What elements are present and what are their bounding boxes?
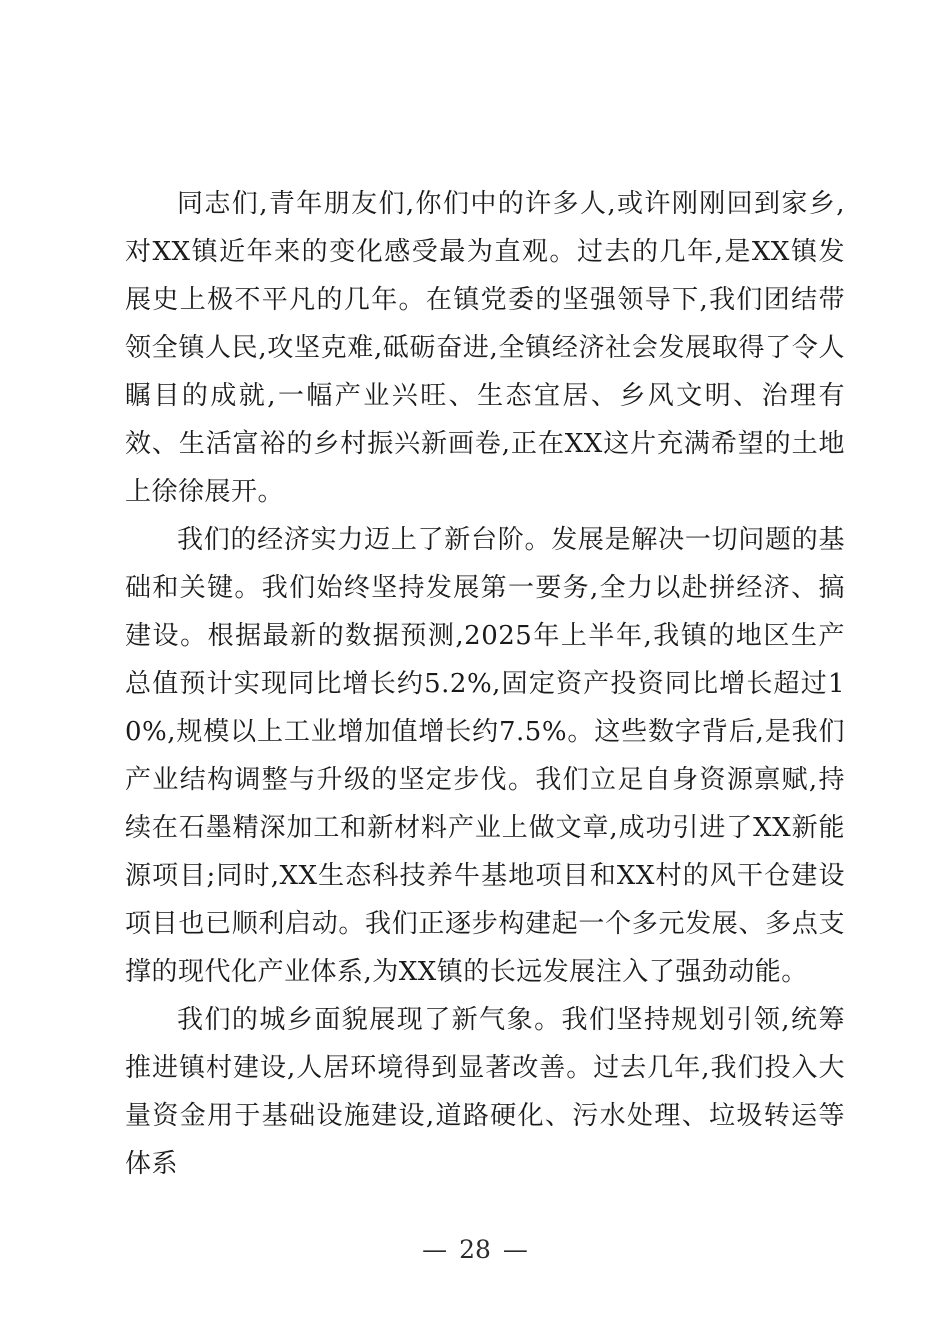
paragraph-1: 同志们,青年朋友们,你们中的许多人,或许刚刚回到家乡,对XX镇近年来的变化感受最… — [125, 180, 845, 516]
document-page: 同志们,青年朋友们,你们中的许多人,或许刚刚回到家乡,对XX镇近年来的变化感受最… — [0, 0, 950, 1344]
page-footer: —28— — [0, 1232, 950, 1268]
document-body: 同志们,青年朋友们,你们中的许多人,或许刚刚回到家乡,对XX镇近年来的变化感受最… — [125, 180, 845, 1188]
paragraph-3: 我们的城乡面貌展现了新气象。我们坚持规划引领,统筹推进镇村建设,人居环境得到显著… — [125, 996, 845, 1188]
footer-dash-right: — — [503, 1232, 528, 1268]
footer-dash-left: — — [422, 1232, 447, 1268]
paragraph-2: 我们的经济实力迈上了新台阶。发展是解决一切问题的基础和关键。我们始终坚持发展第一… — [125, 516, 845, 996]
page-number: 28 — [459, 1232, 491, 1268]
